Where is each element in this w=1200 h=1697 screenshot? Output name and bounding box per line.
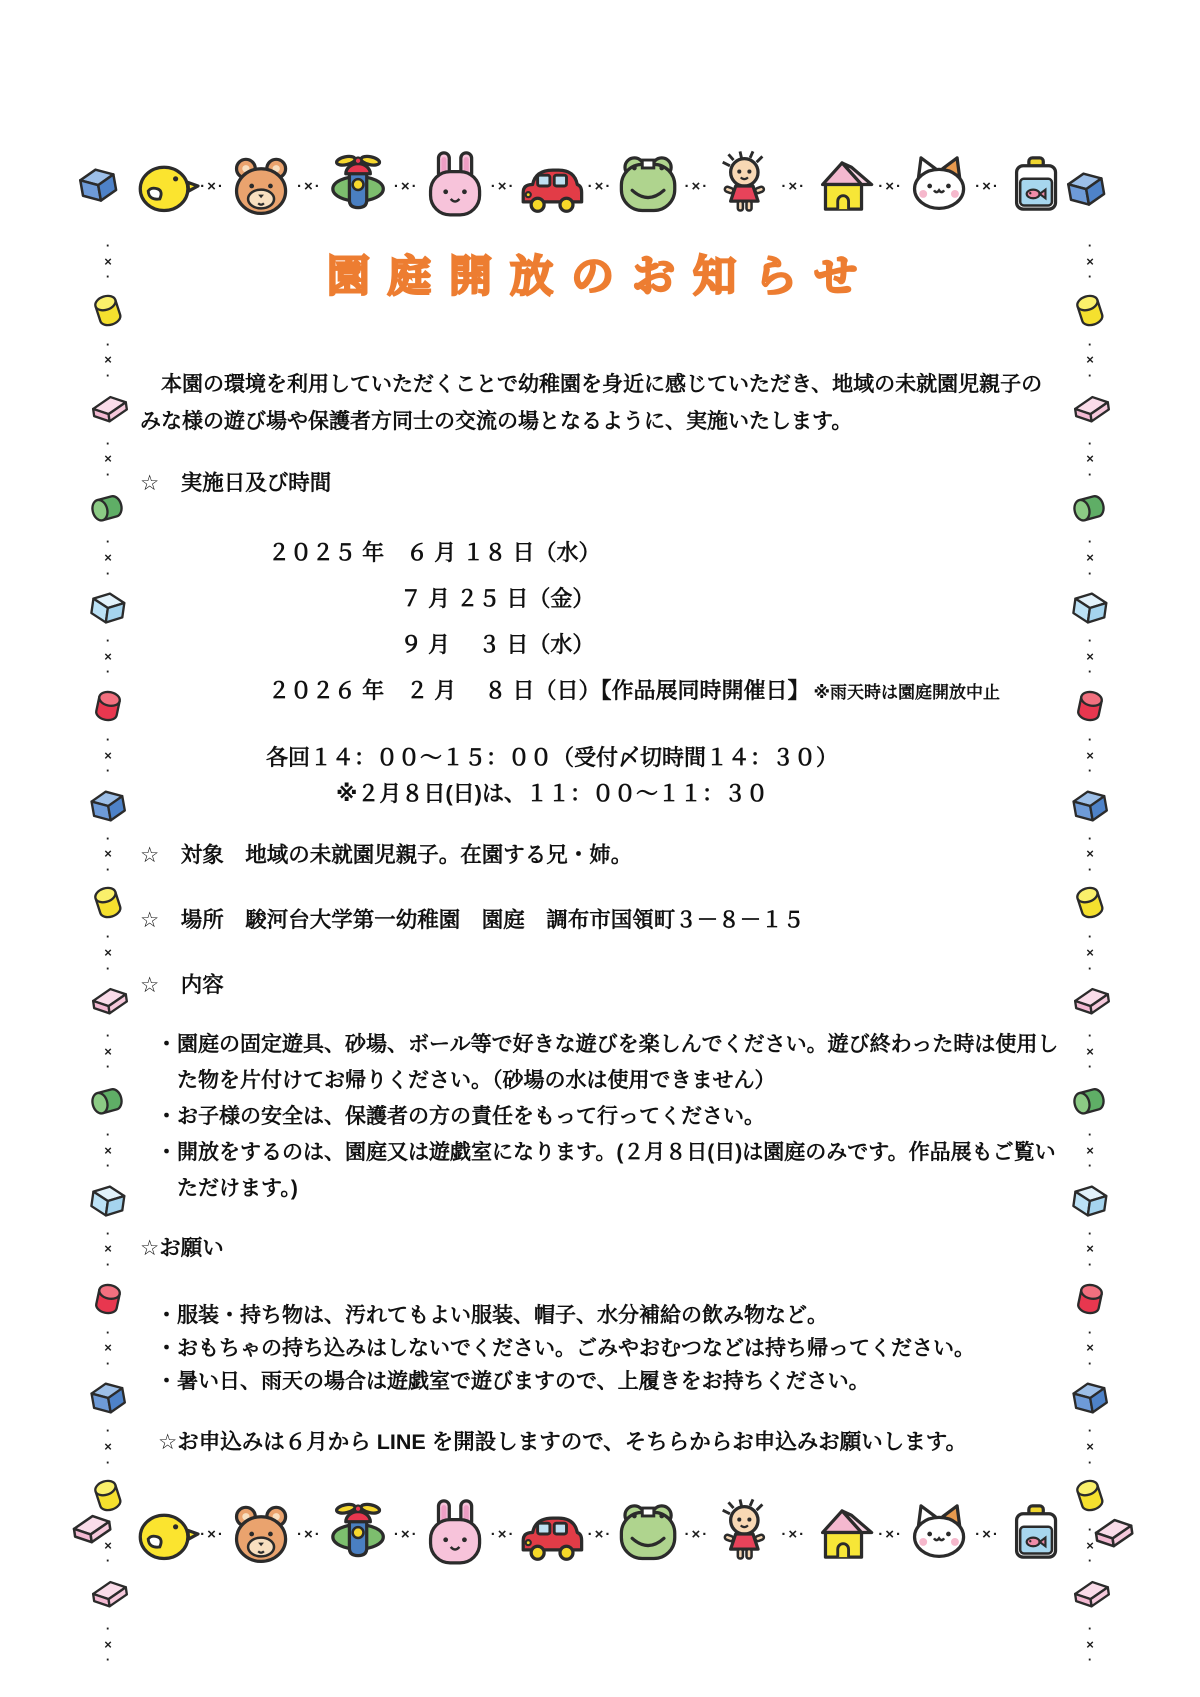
place-line: ☆ 場所 駿河台大学第一幼稚園 園庭 調布市国領町３－８－１５: [140, 903, 1062, 937]
corner-bottom-right: [1084, 1506, 1140, 1562]
green-cylinder-icon: [1063, 482, 1117, 534]
request-heading: ☆お願い: [140, 1231, 1062, 1265]
house-icon: [806, 1494, 878, 1574]
separator-dots: ·×·: [1086, 1028, 1094, 1075]
separator-dots: ·×·: [1086, 238, 1094, 285]
time-main: 各回１４：００～１５：００（受付〆切時間１４：３０）: [162, 740, 942, 776]
separator-dots: ·×·: [1086, 929, 1094, 976]
green-cylinder-icon: [81, 482, 135, 534]
corner-top-right: [1058, 160, 1114, 216]
separator-dots: ·×·: [394, 1526, 419, 1543]
content-bullet: ・園庭の固定遊具、砂場、ボール等で好きな遊びを楽しんでください。遊び終わった時は…: [140, 1027, 1062, 1099]
blue-cube-icon: [70, 156, 126, 212]
pink-block-icon: [81, 384, 135, 436]
separator-dots: ·×·: [588, 1526, 613, 1543]
pink-block-icon: [81, 1569, 135, 1621]
schedule-date-line: ２０２５ 年 ６ 月 １８ 日（水）: [268, 530, 1062, 576]
fishbowl-icon: [1000, 1494, 1072, 1574]
lightblue-cube-icon: [1063, 1174, 1117, 1226]
notice-page: ·×··×··×··×··×··×··×··×··×· ·×··×··×··×·…: [0, 0, 1200, 1697]
red-cylinder-icon: [1063, 1273, 1117, 1325]
blue-cube-icon: [1058, 160, 1114, 216]
separator-dots: ·×·: [104, 1423, 112, 1470]
separator-dots: ·×·: [1086, 732, 1094, 779]
pink-block-icon: [1063, 1569, 1117, 1621]
bear-icon: [225, 1494, 297, 1574]
separator-dots: ·×·: [200, 1526, 225, 1543]
blue-cube-icon: [1063, 779, 1117, 831]
separator-dots: ·×·: [491, 1526, 516, 1543]
red-cylinder-icon: [81, 1273, 135, 1325]
separator-dots: ·×·: [104, 1325, 112, 1372]
car-icon: [516, 1494, 588, 1574]
request-bullet: ・おもちゃの持ち込みはしないでください。ごみやおむつなどは持ち帰ってください。: [140, 1332, 1062, 1365]
blue-cube-icon: [81, 1371, 135, 1423]
intro-paragraph: 本園の環境を利用していただくことで幼稚園を身近に感じていただき、地域の未就園児親…: [140, 366, 1062, 440]
separator-dots: ·×·: [1086, 1621, 1094, 1668]
target-line: ☆ 対象 地域の未就園児親子。在園する兄・姉。: [140, 838, 1062, 872]
frog-icon: [612, 1494, 684, 1574]
schedule-date-text: ２０２６ 年 ２ 月 ８ 日（日）【作品展同時開催日】: [268, 678, 809, 703]
request-bullets: ・服装・持ち物は、汚れてもよい服装、帽子、水分補給の飲み物など。 ・おもちゃの持…: [140, 1299, 1062, 1398]
yellow-cylinder-icon: [81, 877, 135, 929]
blue-cube-icon: [1063, 1371, 1117, 1423]
separator-dots: ·×·: [104, 732, 112, 779]
pink-block-icon: [1063, 976, 1117, 1028]
separator-dots: ·×·: [297, 1526, 322, 1543]
cat-icon: [903, 1494, 975, 1574]
request-bullet: ・暑い日、雨天の場合は遊戯室で遊びますので、上履きをお持ちください。: [140, 1365, 1062, 1398]
separator-dots: ·×·: [104, 436, 112, 483]
lightblue-cube-icon: [81, 581, 135, 633]
content-bullet: ・お子様の安全は、保護者の方の責任をもって行ってください。: [140, 1099, 1062, 1135]
pink-block-icon: [1063, 384, 1117, 436]
separator-dots: ·×·: [104, 1226, 112, 1273]
schedule-date-line: ９ 月 ３ 日（水）: [268, 622, 1062, 668]
yellow-cylinder-icon: [81, 285, 135, 337]
separator-dots: ·×·: [104, 337, 112, 384]
yellow-cylinder-icon: [1063, 285, 1117, 337]
time-block: 各回１４：００～１５：００（受付〆切時間１４：３０） ※２月８日(日)は、１１：…: [162, 740, 942, 812]
lightblue-cube-icon: [81, 1174, 135, 1226]
separator-dots: ·×·: [104, 929, 112, 976]
separator-dots: ·×·: [104, 534, 112, 581]
green-cylinder-icon: [1063, 1075, 1117, 1127]
separator-dots: ·×·: [781, 1526, 806, 1543]
separator-dots: ·×·: [685, 1526, 710, 1543]
red-cylinder-icon: [1063, 680, 1117, 732]
schedule-date-line: ７ 月 ２５ 日（金）: [268, 576, 1062, 622]
separator-dots: ·×·: [1086, 534, 1094, 581]
separator-dots: ·×·: [1086, 1226, 1094, 1273]
separator-dots: ·×·: [1086, 1423, 1094, 1470]
page-title: 園庭開放のお知らせ: [140, 243, 1062, 304]
duck-icon: [128, 1494, 200, 1574]
schedule-date-line: ２０２６ 年 ２ 月 ８ 日（日）【作品展同時開催日】※雨天時は園庭開放中止: [268, 668, 1062, 716]
separator-dots: ·×·: [104, 1127, 112, 1174]
schedule-dates: ２０２５ 年 ６ 月 １８ 日（水） ７ 月 ２５ 日（金） ９ 月 ３ 日（水…: [268, 530, 1062, 716]
corner-bottom-left: [62, 1502, 118, 1558]
separator-dots: ·×·: [1086, 1325, 1094, 1372]
yellow-cylinder-icon: [1063, 877, 1117, 929]
separator-dots: ·×·: [878, 1526, 903, 1543]
right-border: ·×··×··×··×··×··×··×··×··×··×··×··×··×··…: [1061, 238, 1119, 1373]
separator-dots: ·×·: [1086, 831, 1094, 878]
rabbit-icon: [419, 1494, 491, 1574]
doll-icon: [709, 1494, 781, 1574]
apply-note: ☆お申込みは６月から LINE を開設しますので、そちらからお申込みお願いします…: [158, 1425, 1062, 1459]
separator-dots: ·×·: [104, 238, 112, 285]
notice-content: 園庭開放のお知らせ 本園の環境を利用していただくことで幼稚園を身近に感じていただ…: [140, 0, 1062, 1459]
schedule-date-text: ９ 月 ３ 日（水）: [268, 632, 594, 657]
pink-block-icon: [62, 1502, 118, 1558]
separator-dots: ·×·: [1086, 436, 1094, 483]
red-cylinder-icon: [81, 680, 135, 732]
content-bullet: ・開放をするのは、園庭又は遊戯室になります。(２月８日(日)は園庭のみです。作品…: [140, 1135, 1062, 1207]
pink-block-icon: [81, 976, 135, 1028]
rain-cancel-note: ※雨天時は園庭開放中止: [813, 683, 1000, 702]
time-note: ※２月８日(日)は、１１：００～１１：３０: [162, 776, 942, 812]
schedule-date-text: ２０２５ 年 ６ 月 １８ 日（水）: [268, 540, 600, 565]
contents-heading: ☆ 内容: [140, 968, 1062, 1002]
separator-dots: ·×·: [1086, 1127, 1094, 1174]
left-border: ·×··×··×··×··×··×··×··×··×··×··×··×··×··…: [79, 238, 137, 1373]
plane-icon: [322, 1494, 394, 1574]
separator-dots: ·×·: [104, 1621, 112, 1668]
separator-dots: ·×·: [104, 1028, 112, 1075]
corner-top-left: [70, 156, 126, 212]
bottom-border: ·×··×··×··×··×··×··×··×··×·: [128, 1490, 1072, 1578]
separator-dots: ·×·: [104, 633, 112, 680]
separator-dots: ·×·: [1086, 337, 1094, 384]
schedule-date-text: ７ 月 ２５ 日（金）: [268, 586, 594, 611]
schedule-heading: ☆ 実施日及び時間: [140, 466, 1062, 500]
blue-cube-icon: [81, 779, 135, 831]
request-bullet: ・服装・持ち物は、汚れてもよい服装、帽子、水分補給の飲み物など。: [140, 1299, 1062, 1332]
green-cylinder-icon: [81, 1075, 135, 1127]
separator-dots: ·×·: [975, 1526, 1000, 1543]
contents-bullets: ・園庭の固定遊具、砂場、ボール等で好きな遊びを楽しんでください。遊び終わった時は…: [140, 1027, 1062, 1207]
separator-dots: ·×·: [1086, 633, 1094, 680]
pink-block-icon: [1084, 1506, 1140, 1562]
lightblue-cube-icon: [1063, 581, 1117, 633]
separator-dots: ·×·: [104, 831, 112, 878]
